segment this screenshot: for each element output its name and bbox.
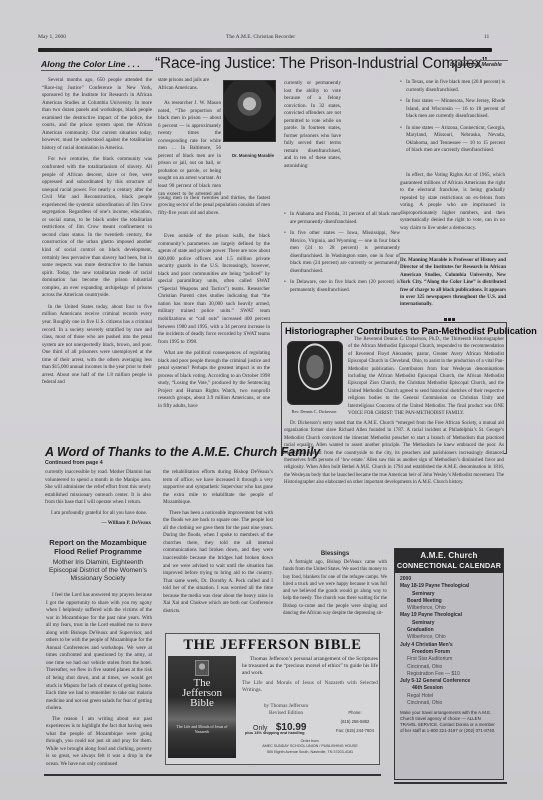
bullet-item: In Alabama and Florida, 31 percent of al…	[284, 211, 400, 226]
header-rule	[38, 48, 492, 52]
event-name: Seminary	[400, 591, 498, 598]
event-location: Cincinnati, Ohio	[400, 700, 498, 707]
thanks-title: A Word of Thanks to the A.M.E. Church Fa…	[45, 445, 320, 459]
ad-contact: Phone: (615) 256-5882 Fax: (615) 244-760…	[330, 708, 380, 735]
paragraph: As researcher J. W. Mason noted, “The pr…	[158, 100, 221, 195]
event-name: Seminary	[400, 620, 498, 627]
event-date: May 19	[400, 612, 417, 618]
divider	[400, 253, 508, 254]
paragraph-continued: currently or permanently lost the abilit…	[284, 160, 399, 171]
historiographer-title: Historiographer Contributes to Pan-Metho…	[285, 325, 537, 336]
calendar-subtitle: CONNECTIONAL CALENDAR	[395, 561, 503, 571]
event-location: Wilberforce, Ohio	[400, 634, 498, 641]
calendar-event: May 19 Payne Theological Seminary Gradua…	[400, 612, 498, 641]
article-column-1: Several months ago, 650 people attended …	[42, 77, 152, 390]
thanks-column-2: the rehabilitation efforts during Bishop…	[163, 469, 273, 618]
travel-note: Make your travel arrangements with the A…	[400, 710, 498, 734]
paragraph: There has been a noticeable improvement …	[163, 510, 273, 616]
paragraph: What are the political consequences of r…	[158, 350, 270, 410]
book-subtitle: The Life and Morals of Jesus of Nazareth	[168, 724, 236, 734]
event-location: Regal Hotel	[400, 693, 498, 700]
paragraph: In effect, the Voting Rights Act of 1965…	[400, 172, 505, 232]
paragraph: I feel the Lord has answered my prayers …	[46, 592, 152, 713]
ad-author: by Thomas Jefferson	[244, 703, 328, 710]
event-name: Payne Theological	[418, 612, 462, 618]
blessings-body: A fortnight ago, Bishop DeVeaux came wit…	[283, 559, 387, 620]
article-column-2-cont: As researcher J. W. Mason noted, “The pr…	[158, 194, 270, 229]
calendar-event: July 5-12 General Conference 46th Sessio…	[400, 678, 498, 707]
event-date: May 18-19	[400, 583, 424, 589]
author-note: Dr. Manning Marable is Professor of Hist…	[400, 257, 506, 309]
calendar-title: A.M.E. Church	[395, 551, 503, 561]
event-name: Graduation	[400, 627, 498, 634]
event-location: Cincinnati, Ohio	[400, 664, 498, 671]
author-photo	[223, 80, 276, 142]
bullet-item: In four states — Minnesota, New Jersey, …	[400, 98, 505, 121]
paragraph: A fortnight ago, Bishop DeVeaux came wit…	[283, 559, 387, 617]
event-location: Wilberforce, Ohio	[400, 605, 498, 612]
event-name: Payne Theological	[425, 583, 469, 589]
phone-number: (615) 256-5882	[330, 717, 380, 726]
event-name: Freedom Forum	[400, 649, 498, 656]
bottom-rule	[44, 774, 381, 776]
article-title: “Race-ing Justice: The Prison-Industrial…	[155, 55, 487, 73]
article-column-2-lower: Even outside of the prison walls, the bl…	[158, 233, 270, 414]
signature: — William P. DeVeaux	[45, 520, 151, 528]
calendar-event: May 18-19 Payne Theological Seminary Boa…	[400, 583, 498, 612]
paragraph: For two centuries, the black community w…	[42, 156, 152, 299]
phone-label: Phone:	[330, 708, 380, 717]
calendar-year: 2000	[400, 576, 498, 583]
article-column-4: In effect, the Voting Rights Act of 1965…	[400, 172, 505, 235]
paragraph: In the United States today, about four t…	[42, 304, 152, 387]
article-column-3-cont: currently or permanently lost the abilit…	[284, 160, 399, 208]
event-fee: Registration Fee — $10	[400, 671, 498, 678]
column-label: Along the Color Line . . .	[41, 59, 140, 69]
ad-author-block: by Thomas Jefferson Revised Edition	[244, 703, 328, 717]
byline-rule	[448, 60, 508, 61]
issue-date: May 1, 2000	[38, 34, 66, 40]
ad-order-block: Order from: AMEC SUNDAY SCHOOL UNION / P…	[240, 739, 380, 755]
event-name: 46th Session	[400, 685, 498, 692]
article-column-2-wrap: As researcher J. W. Mason noted, “The pr…	[158, 100, 221, 198]
ad-desc: Thomas Jefferson’s personal arrangement …	[242, 656, 378, 678]
historiographer-para-1: The Reverend Dennis C. Dickerson, Ph.D.,…	[348, 336, 504, 414]
calendar-header: A.M.E. Church CONNECTIONAL CALENDAR	[395, 549, 503, 573]
paragraph: the rehabilitation efforts during Bishop…	[163, 469, 273, 507]
bullet-item: In Delaware, one in five black men (20 p…	[284, 279, 400, 294]
historiographer-photo	[287, 341, 343, 405]
report-body: I feel the Lord has answered my prayers …	[46, 592, 152, 772]
photo-caption: Dr. Manning Marable	[223, 153, 283, 158]
book-title: Bible	[168, 698, 236, 708]
blessings-title: Blessings	[283, 551, 387, 557]
report-subtitle: Mother Iris Dlamini, Eighteenth Episcopa…	[44, 559, 152, 583]
paragraph-continued: As researcher J. W. Mason noted, “The pr…	[158, 194, 270, 218]
publication-name: The A.M.E. Christian Recorder	[226, 34, 295, 40]
event-date: July 4	[400, 642, 414, 648]
fax-number: Fax: (615) 244-7604	[330, 726, 380, 735]
paragraph: currently inaccessible by road. Mother D…	[45, 469, 151, 507]
ad-shipping: plus 13% shipping and handling	[245, 730, 304, 735]
column-label-rule	[41, 70, 153, 71]
report-title: Report on the Mozambique Flood Relief Pr…	[44, 538, 152, 556]
thanks-column-1: currently inaccessible by road. Mother D…	[45, 469, 151, 531]
bullet-list: In Alabama and Florida, 31 percent of al…	[284, 211, 400, 298]
page-number: 11	[484, 34, 489, 40]
connectional-calendar: A.M.E. Church CONNECTIONAL CALENDAR 2000…	[394, 548, 504, 780]
calendar-event: July 4 Christian Men’s Freedom Forum Fir…	[400, 642, 498, 678]
book-cover: The Jefferson Bible The Life and Morals …	[168, 656, 236, 758]
ad-title: THE JEFFERSON BIBLE	[165, 637, 380, 654]
event-name: General Conference	[423, 678, 471, 684]
ad-desc: The Life and Morals of Jesus of Nazareth…	[242, 680, 378, 694]
paragraph: The Reverend Dennis C. Dickerson, Ph.D.,…	[348, 336, 504, 414]
bullet-item: In Texas, one in five black men (20.8 pe…	[400, 79, 505, 94]
calendar-rule	[394, 782, 507, 784]
newspaper-page: May 1, 2000 The A.M.E. Christian Recorde…	[0, 0, 543, 800]
publisher-address: 500 Eighth Avenue South, Nashville, TN 3…	[240, 750, 380, 755]
ad-description: Thomas Jefferson’s personal arrangement …	[242, 656, 378, 694]
event-date: July 5-12	[400, 678, 421, 684]
paragraph: I am profoundly grateful for all you hav…	[45, 510, 151, 518]
event-location: First Star Auditorium	[400, 656, 498, 663]
ad-edition: Revised Edition	[244, 710, 328, 717]
byline: by Manning Marable	[450, 62, 502, 68]
paragraph: Even outside of the prison walls, the bl…	[158, 233, 270, 346]
event-name: Christian Men’s	[416, 642, 453, 648]
paragraph: Several months ago, 650 people attended …	[42, 77, 152, 152]
event-name: Board Meeting	[400, 598, 498, 605]
article-column-3: currently or permanently lost the abilit…	[284, 80, 341, 162]
bullet-item: In five other states — Iowa, Mississippi…	[284, 230, 400, 275]
jefferson-portrait-icon	[195, 660, 209, 676]
paragraph: currently or permanently lost the abilit…	[284, 80, 341, 162]
paragraph: state prisons and jails are African Amer…	[158, 77, 218, 92]
continued-note: Continued from page 4	[45, 460, 103, 466]
paragraph: The reason I am writing about our past e…	[46, 716, 152, 769]
bullet-list-2: In Texas, one in five black men (20.8 pe…	[400, 79, 505, 159]
bullet-item: In nine states — Arizona, Connecticut, G…	[400, 125, 505, 155]
